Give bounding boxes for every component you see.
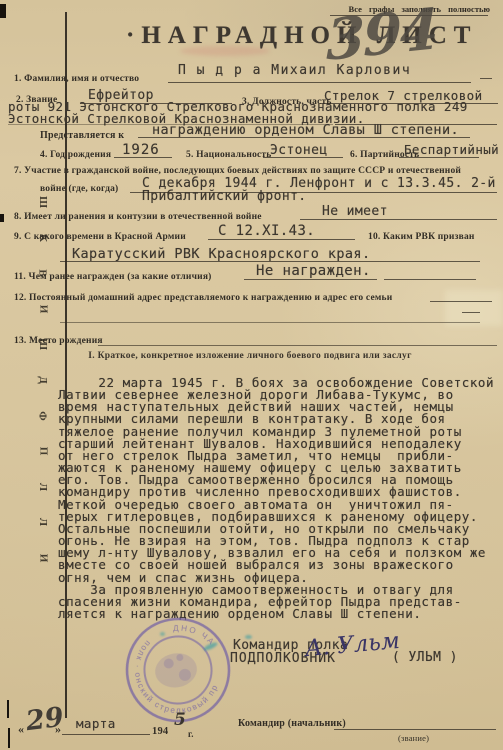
field-value-army-since: С 12.XI.43. — [218, 223, 315, 239]
field-label-war-participation: 7. Участие в гражданской войне, последую… — [14, 166, 461, 176]
section1-heading: I. Краткое, конкретное изложение личного… — [30, 351, 470, 361]
field-value-wounds: Не имеет — [322, 204, 388, 219]
field-label-nationality: 5. Национальность — [186, 150, 272, 160]
margin-letter: И — [37, 305, 49, 314]
field-label-home-address: 12. Постоянный домашний адрес представля… — [14, 293, 392, 303]
field-label-wounds: 8. Имеет ли ранения и контузии в отечест… — [14, 212, 262, 222]
scan-blob — [0, 214, 4, 222]
commander-label: Командир (начальник) — [238, 718, 346, 729]
year-printed: 194 — [152, 726, 168, 737]
ink-smudge — [160, 632, 165, 636]
handwritten-year-digit: 5 — [174, 710, 186, 730]
rank-hint: (звание) — [398, 733, 429, 743]
year-suffix: г. — [188, 729, 194, 739]
scan-mark — [7, 700, 9, 718]
field-label-war-where: войне (где, когда) — [40, 184, 118, 194]
margin-letter: Ф — [37, 411, 49, 420]
field-value-rvk: Каратусский РВК Красноярского края. — [72, 246, 370, 262]
field-value-name: П ы д р а Михаил Карлович — [178, 63, 411, 78]
field-label-birthplace: 13. Место рождения — [14, 336, 103, 346]
field-value-prior-awards: Не награжден. — [256, 263, 371, 279]
field-value-birth-year: 1926 — [122, 142, 160, 158]
quote-close: » — [55, 722, 61, 737]
margin-letters: Ш К В И Ш Д Ф П Л Л И — [36, 196, 50, 564]
citation-text: 22 марта 1945 г. В боях за освобождение … — [58, 377, 494, 620]
ink-smudge — [245, 635, 252, 639]
field-label-prior-awards: 11. Чем ранее награжден (за какие отличи… — [14, 272, 212, 282]
margin-letter: Л — [37, 483, 49, 491]
scan-mark — [8, 728, 10, 748]
scan-blob — [0, 4, 6, 18]
margin-letter: Л — [37, 518, 49, 526]
month-typed: марта — [76, 716, 116, 731]
field-value-nationality: Эстонец — [270, 143, 328, 158]
margin-letter: И — [37, 554, 49, 563]
award-sheet-page: Ш К В И Ш Д Ф П Л Л И Все графы заполнят… — [0, 0, 503, 750]
field-label-name: 1. Фамилия, имя и отчество — [14, 74, 139, 84]
field-label-birth-year: 4. Год рождения — [40, 150, 111, 160]
margin-letter: Ш — [37, 196, 49, 208]
commander-signature: А. Ульм — [304, 628, 401, 662]
margin-letter: Д — [37, 376, 49, 384]
field-value-presented: награждению орденом Славы Ш степени. — [152, 122, 459, 138]
field-label-army-since: 9. С какого времени в Красной Армии — [14, 232, 186, 242]
field-label-rvk: 10. Каким РВК призван — [368, 232, 475, 242]
signature-name-typed: ( УЛЬМ ) — [392, 650, 458, 665]
paper-patch — [445, 290, 503, 326]
field-label-presented: Представляется к — [40, 130, 124, 141]
field-value-party: Беспартийный — [404, 142, 499, 157]
margin-letter: П — [37, 447, 49, 456]
quote-open: « — [18, 722, 24, 737]
